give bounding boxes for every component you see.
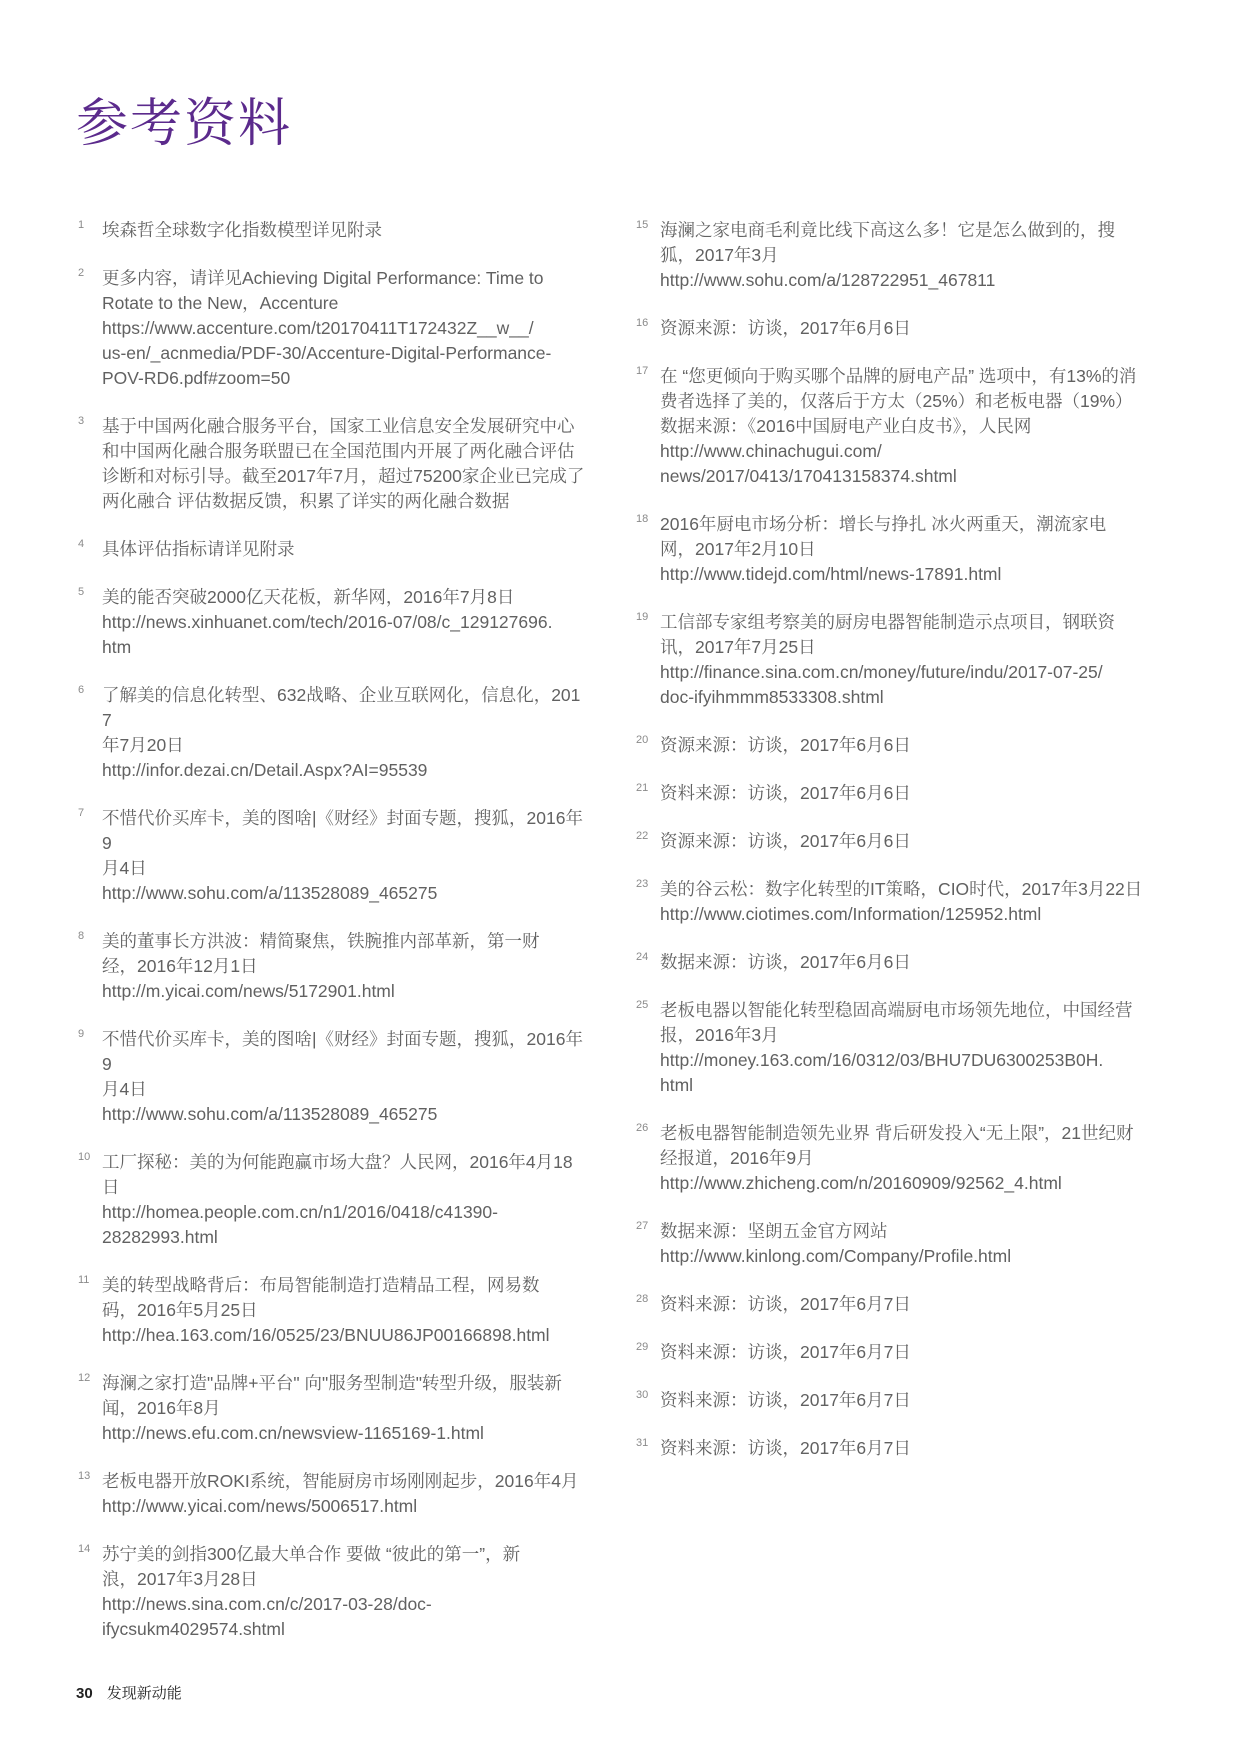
reference-url: 28282993.html — [102, 1225, 588, 1250]
reference-text: 年7月20日 — [102, 733, 588, 758]
reference-number: 25 — [636, 996, 648, 1014]
reference-text: 诊断和对标引导。截至2017年7月，超过75200家企业已完成了 — [102, 464, 588, 489]
reference-text: 数据来源：访谈，2017年6月6日 — [660, 950, 1176, 975]
reference-text: 资料来源：访谈，2017年6月7日 — [660, 1340, 1176, 1365]
reference-url: http://hea.163.com/16/0525/23/BNUU86JP00… — [102, 1323, 588, 1348]
reference-item: 29资料来源：访谈，2017年6月7日 — [636, 1340, 1176, 1365]
reference-url: http://www.sohu.com/a/113528089_465275 — [102, 1102, 588, 1127]
reference-item: 7不惜代价买库卡，美的图啥|《财经》封面专题，搜狐，2016年9月4日http:… — [78, 806, 588, 906]
reference-text: 美的谷云松：数字化转型的IT策略，CIO时代，2017年3月22日 — [660, 877, 1176, 902]
reference-item: 9不惜代价买库卡，美的图啥|《财经》封面专题，搜狐，2016年9月4日http:… — [78, 1027, 588, 1127]
reference-text: 讯，2017年7月25日 — [660, 635, 1176, 660]
reference-text: 数据来源：坚朗五金官方网站 — [660, 1219, 1176, 1244]
reference-text: Rotate to the New，Accenture — [102, 291, 588, 316]
reference-item: 10工厂探秘：美的为何能跑赢市场大盘？人民网，2016年4月18日http://… — [78, 1150, 588, 1250]
reference-item: 182016年厨电市场分析：增长与挣扎 冰火两重天，潮流家电网，2017年2月1… — [636, 512, 1176, 587]
reference-url: http://www.tidejd.com/html/news-17891.ht… — [660, 562, 1176, 587]
reference-number: 15 — [636, 216, 648, 234]
reference-url: news/2017/0413/170413158374.shtml — [660, 464, 1176, 489]
reference-number: 31 — [636, 1434, 648, 1452]
reference-text: 两化融合 评估数据反馈，积累了详实的两化融合数据 — [102, 489, 588, 514]
reference-text: 资料来源：访谈，2017年6月7日 — [660, 1292, 1176, 1317]
reference-number: 11 — [78, 1271, 89, 1289]
page-footer: 30 发现新动能 — [76, 1682, 182, 1703]
reference-number: 17 — [636, 362, 648, 380]
reference-text: 工厂探秘：美的为何能跑赢市场大盘？人民网，2016年4月18日 — [102, 1150, 588, 1200]
reference-number: 21 — [636, 779, 648, 797]
reference-url: ifycsukm4029574.shtml — [102, 1617, 588, 1642]
reference-number: 24 — [636, 948, 648, 966]
reference-url: http://www.zhicheng.com/n/20160909/92562… — [660, 1171, 1176, 1196]
reference-url: http://www.sohu.com/a/128722951_467811 — [660, 268, 1176, 293]
reference-url: us-en/_acnmedia/PDF-30/Accenture-Digital… — [102, 341, 588, 366]
reference-number: 10 — [78, 1148, 90, 1166]
reference-text: 资源来源：访谈，2017年6月6日 — [660, 829, 1176, 854]
reference-item: 28资料来源：访谈，2017年6月7日 — [636, 1292, 1176, 1317]
reference-text: 美的能否突破2000亿天花板，新华网，2016年7月8日 — [102, 585, 588, 610]
reference-number: 6 — [78, 681, 84, 699]
reference-text: 不惜代价买库卡，美的图啥|《财经》封面专题，搜狐，2016年9 — [102, 1027, 588, 1077]
page-number: 30 — [76, 1685, 93, 1702]
page-title: 参考资料 — [76, 92, 292, 156]
reference-text: 老板电器智能制造领先业界 背后研发投入“无上限”，21世纪财 — [660, 1121, 1176, 1146]
reference-url: doc-ifyihmmm8533308.shtml — [660, 685, 1176, 710]
reference-item: 6了解美的信息化转型、632战略、企业互联网化，信息化，2017年7月20日ht… — [78, 683, 588, 783]
reference-text: 资料来源：访谈，2017年6月7日 — [660, 1436, 1176, 1461]
reference-number: 26 — [636, 1119, 648, 1137]
reference-item: 14苏宁美的剑指300亿最大单合作 要做 “彼此的第一”，新浪，2017年3月2… — [78, 1542, 588, 1642]
reference-url: http://www.chinachugui.com/ — [660, 439, 1176, 464]
reference-number: 8 — [78, 927, 84, 945]
reference-url: http://www.kinlong.com/Company/Profile.h… — [660, 1244, 1176, 1269]
reference-text: 月4日 — [102, 1077, 588, 1102]
reference-text: 更多内容，请详见Achieving Digital Performance: T… — [102, 266, 588, 291]
reference-text: 不惜代价买库卡，美的图啥|《财经》封面专题，搜狐，2016年9 — [102, 806, 588, 856]
reference-text: 埃森哲全球数字化指数模型详见附录 — [102, 218, 588, 243]
reference-url: http://finance.sina.com.cn/money/future/… — [660, 660, 1176, 685]
reference-text: 工信部专家组考察美的厨房电器智能制造示点项目，钢联资 — [660, 610, 1176, 635]
reference-text: 2016年厨电市场分析：增长与挣扎 冰火两重天，潮流家电 — [660, 512, 1176, 537]
reference-item: 12海澜之家打造"品牌+平台" 向"服务型制造"转型升级，服装新闻，2016年8… — [78, 1371, 588, 1446]
reference-number: 5 — [78, 583, 84, 601]
reference-url: http://www.yicai.com/news/5006517.html — [102, 1494, 588, 1519]
reference-text: 报，2016年3月 — [660, 1023, 1176, 1048]
reference-number: 30 — [636, 1386, 648, 1404]
reference-item: 30资料来源：访谈，2017年6月7日 — [636, 1388, 1176, 1413]
reference-text: 网，2017年2月10日 — [660, 537, 1176, 562]
reference-item: 23美的谷云松：数字化转型的IT策略，CIO时代，2017年3月22日http:… — [636, 877, 1176, 927]
reference-item: 27数据来源：坚朗五金官方网站http://www.kinlong.com/Co… — [636, 1219, 1176, 1269]
reference-text: 海澜之家电商毛利竟比线下高这么多！它是怎么做到的，搜 — [660, 218, 1176, 243]
reference-item: 21资料来源：访谈，2017年6月6日 — [636, 781, 1176, 806]
reference-text: 资料来源：访谈，2017年6月6日 — [660, 781, 1176, 806]
reference-text: 经，2016年12月1日 — [102, 954, 588, 979]
publication-name: 发现新动能 — [107, 1682, 182, 1703]
reference-url: http://infor.dezai.cn/Detail.Aspx?AI=955… — [102, 758, 588, 783]
reference-number: 4 — [78, 535, 84, 553]
reference-item: 19工信部专家组考察美的厨房电器智能制造示点项目，钢联资讯，2017年7月25日… — [636, 610, 1176, 710]
reference-number: 2 — [78, 264, 84, 282]
reference-text: 月4日 — [102, 856, 588, 881]
reference-item: 1埃森哲全球数字化指数模型详见附录 — [78, 218, 588, 243]
reference-number: 18 — [636, 510, 648, 528]
reference-number: 23 — [636, 875, 648, 893]
reference-text: 资源来源：访谈，2017年6月6日 — [660, 733, 1176, 758]
reference-item: 17在 “您更倾向于购买哪个品牌的厨电产品” 选项中，有13%的消费者选择了美的… — [636, 364, 1176, 489]
reference-text: 老板电器开放ROKI系统，智能厨房市场刚刚起步，2016年4月 — [102, 1469, 588, 1494]
reference-url: http://news.efu.com.cn/newsview-1165169-… — [102, 1421, 588, 1446]
reference-number: 13 — [78, 1467, 90, 1485]
reference-url: http://m.yicai.com/news/5172901.html — [102, 979, 588, 1004]
reference-item: 8美的董事长方洪波：精简聚焦，铁腕推内部革新，第一财经，2016年12月1日ht… — [78, 929, 588, 1004]
reference-item: 25老板电器以智能化转型稳固高端厨电市场领先地位，中国经营报，2016年3月ht… — [636, 998, 1176, 1098]
reference-url: http://news.sina.com.cn/c/2017-03-28/doc… — [102, 1592, 588, 1617]
reference-text: POV-RD6.pdf#zoom=50 — [102, 366, 588, 391]
reference-text: 海澜之家打造"品牌+平台" 向"服务型制造"转型升级，服装新 — [102, 1371, 588, 1396]
reference-text: 数据来源：《2016中国厨电产业白皮书》，人民网 — [660, 414, 1176, 439]
reference-item: 2更多内容，请详见Achieving Digital Performance: … — [78, 266, 588, 391]
reference-item: 15海澜之家电商毛利竟比线下高这么多！它是怎么做到的，搜狐，2017年3月htt… — [636, 218, 1176, 293]
reference-text: 码，2016年5月25日 — [102, 1298, 588, 1323]
reference-item: 22资源来源：访谈，2017年6月6日 — [636, 829, 1176, 854]
references-left-column: 1埃森哲全球数字化指数模型详见附录2更多内容，请详见Achieving Digi… — [78, 218, 588, 1665]
reference-text: 美的转型战略背后：布局智能制造打造精品工程，网易数 — [102, 1273, 588, 1298]
reference-text: 具体评估指标请详见附录 — [102, 537, 588, 562]
reference-text: 在 “您更倾向于购买哪个品牌的厨电产品” 选项中，有13%的消 — [660, 364, 1176, 389]
reference-url: https://www.accenture.com/t20170411T1724… — [102, 316, 588, 341]
reference-number: 3 — [78, 412, 84, 430]
reference-url: http://www.sohu.com/a/113528089_465275 — [102, 881, 588, 906]
reference-number: 28 — [636, 1290, 648, 1308]
reference-text: 美的董事长方洪波：精简聚焦，铁腕推内部革新，第一财 — [102, 929, 588, 954]
reference-number: 22 — [636, 827, 648, 845]
reference-number: 16 — [636, 314, 648, 332]
references-right-column: 15海澜之家电商毛利竟比线下高这么多！它是怎么做到的，搜狐，2017年3月htt… — [636, 218, 1176, 1484]
reference-url: http://homea.people.com.cn/n1/2016/0418/… — [102, 1200, 588, 1225]
reference-text: 了解美的信息化转型、632战略、企业互联网化，信息化，2017 — [102, 683, 588, 733]
reference-number: 7 — [78, 804, 84, 822]
reference-item: 3基于中国两化融合服务平台，国家工业信息安全发展研究中心和中国两化融合服务联盟已… — [78, 414, 588, 514]
reference-text: 和中国两化融合服务联盟已在全国范围内开展了两化融合评估 — [102, 439, 588, 464]
reference-text: 闻，2016年8月 — [102, 1396, 588, 1421]
reference-text: 老板电器以智能化转型稳固高端厨电市场领先地位，中国经营 — [660, 998, 1176, 1023]
reference-number: 12 — [78, 1369, 90, 1387]
reference-item: 31资料来源：访谈，2017年6月7日 — [636, 1436, 1176, 1461]
reference-item: 20资源来源：访谈，2017年6月6日 — [636, 733, 1176, 758]
reference-url: html — [660, 1073, 1176, 1098]
reference-item: 26老板电器智能制造领先业界 背后研发投入“无上限”，21世纪财经报道，2016… — [636, 1121, 1176, 1196]
reference-number: 19 — [636, 608, 648, 626]
reference-item: 16资源来源：访谈，2017年6月6日 — [636, 316, 1176, 341]
reference-number: 29 — [636, 1338, 648, 1356]
reference-item: 24数据来源：访谈，2017年6月6日 — [636, 950, 1176, 975]
reference-text: 基于中国两化融合服务平台，国家工业信息安全发展研究中心 — [102, 414, 588, 439]
reference-text: 资源来源：访谈，2017年6月6日 — [660, 316, 1176, 341]
reference-item: 13老板电器开放ROKI系统，智能厨房市场刚刚起步，2016年4月http://… — [78, 1469, 588, 1519]
reference-item: 4具体评估指标请详见附录 — [78, 537, 588, 562]
reference-number: 27 — [636, 1217, 648, 1235]
reference-number: 1 — [78, 216, 84, 234]
reference-text: 费者选择了美的，仅落后于方太（25%）和老板电器（19%） — [660, 389, 1176, 414]
reference-number: 9 — [78, 1025, 84, 1043]
reference-number: 20 — [636, 731, 648, 749]
reference-url: http://www.ciotimes.com/Information/1259… — [660, 902, 1176, 927]
reference-url: http://news.xinhuanet.com/tech/2016-07/0… — [102, 610, 588, 635]
reference-item: 11美的转型战略背后：布局智能制造打造精品工程，网易数码，2016年5月25日 … — [78, 1273, 588, 1348]
reference-text: 狐，2017年3月 — [660, 243, 1176, 268]
reference-number: 14 — [78, 1540, 90, 1558]
reference-text: 资料来源：访谈，2017年6月7日 — [660, 1388, 1176, 1413]
reference-url: htm — [102, 635, 588, 660]
reference-text: 经报道，2016年9月 — [660, 1146, 1176, 1171]
reference-text: 苏宁美的剑指300亿最大单合作 要做 “彼此的第一”，新 — [102, 1542, 588, 1567]
reference-url: http://money.163.com/16/0312/03/BHU7DU63… — [660, 1048, 1176, 1073]
reference-item: 5美的能否突破2000亿天花板，新华网，2016年7月8日http://news… — [78, 585, 588, 660]
reference-text: 浪，2017年3月28日 — [102, 1567, 588, 1592]
